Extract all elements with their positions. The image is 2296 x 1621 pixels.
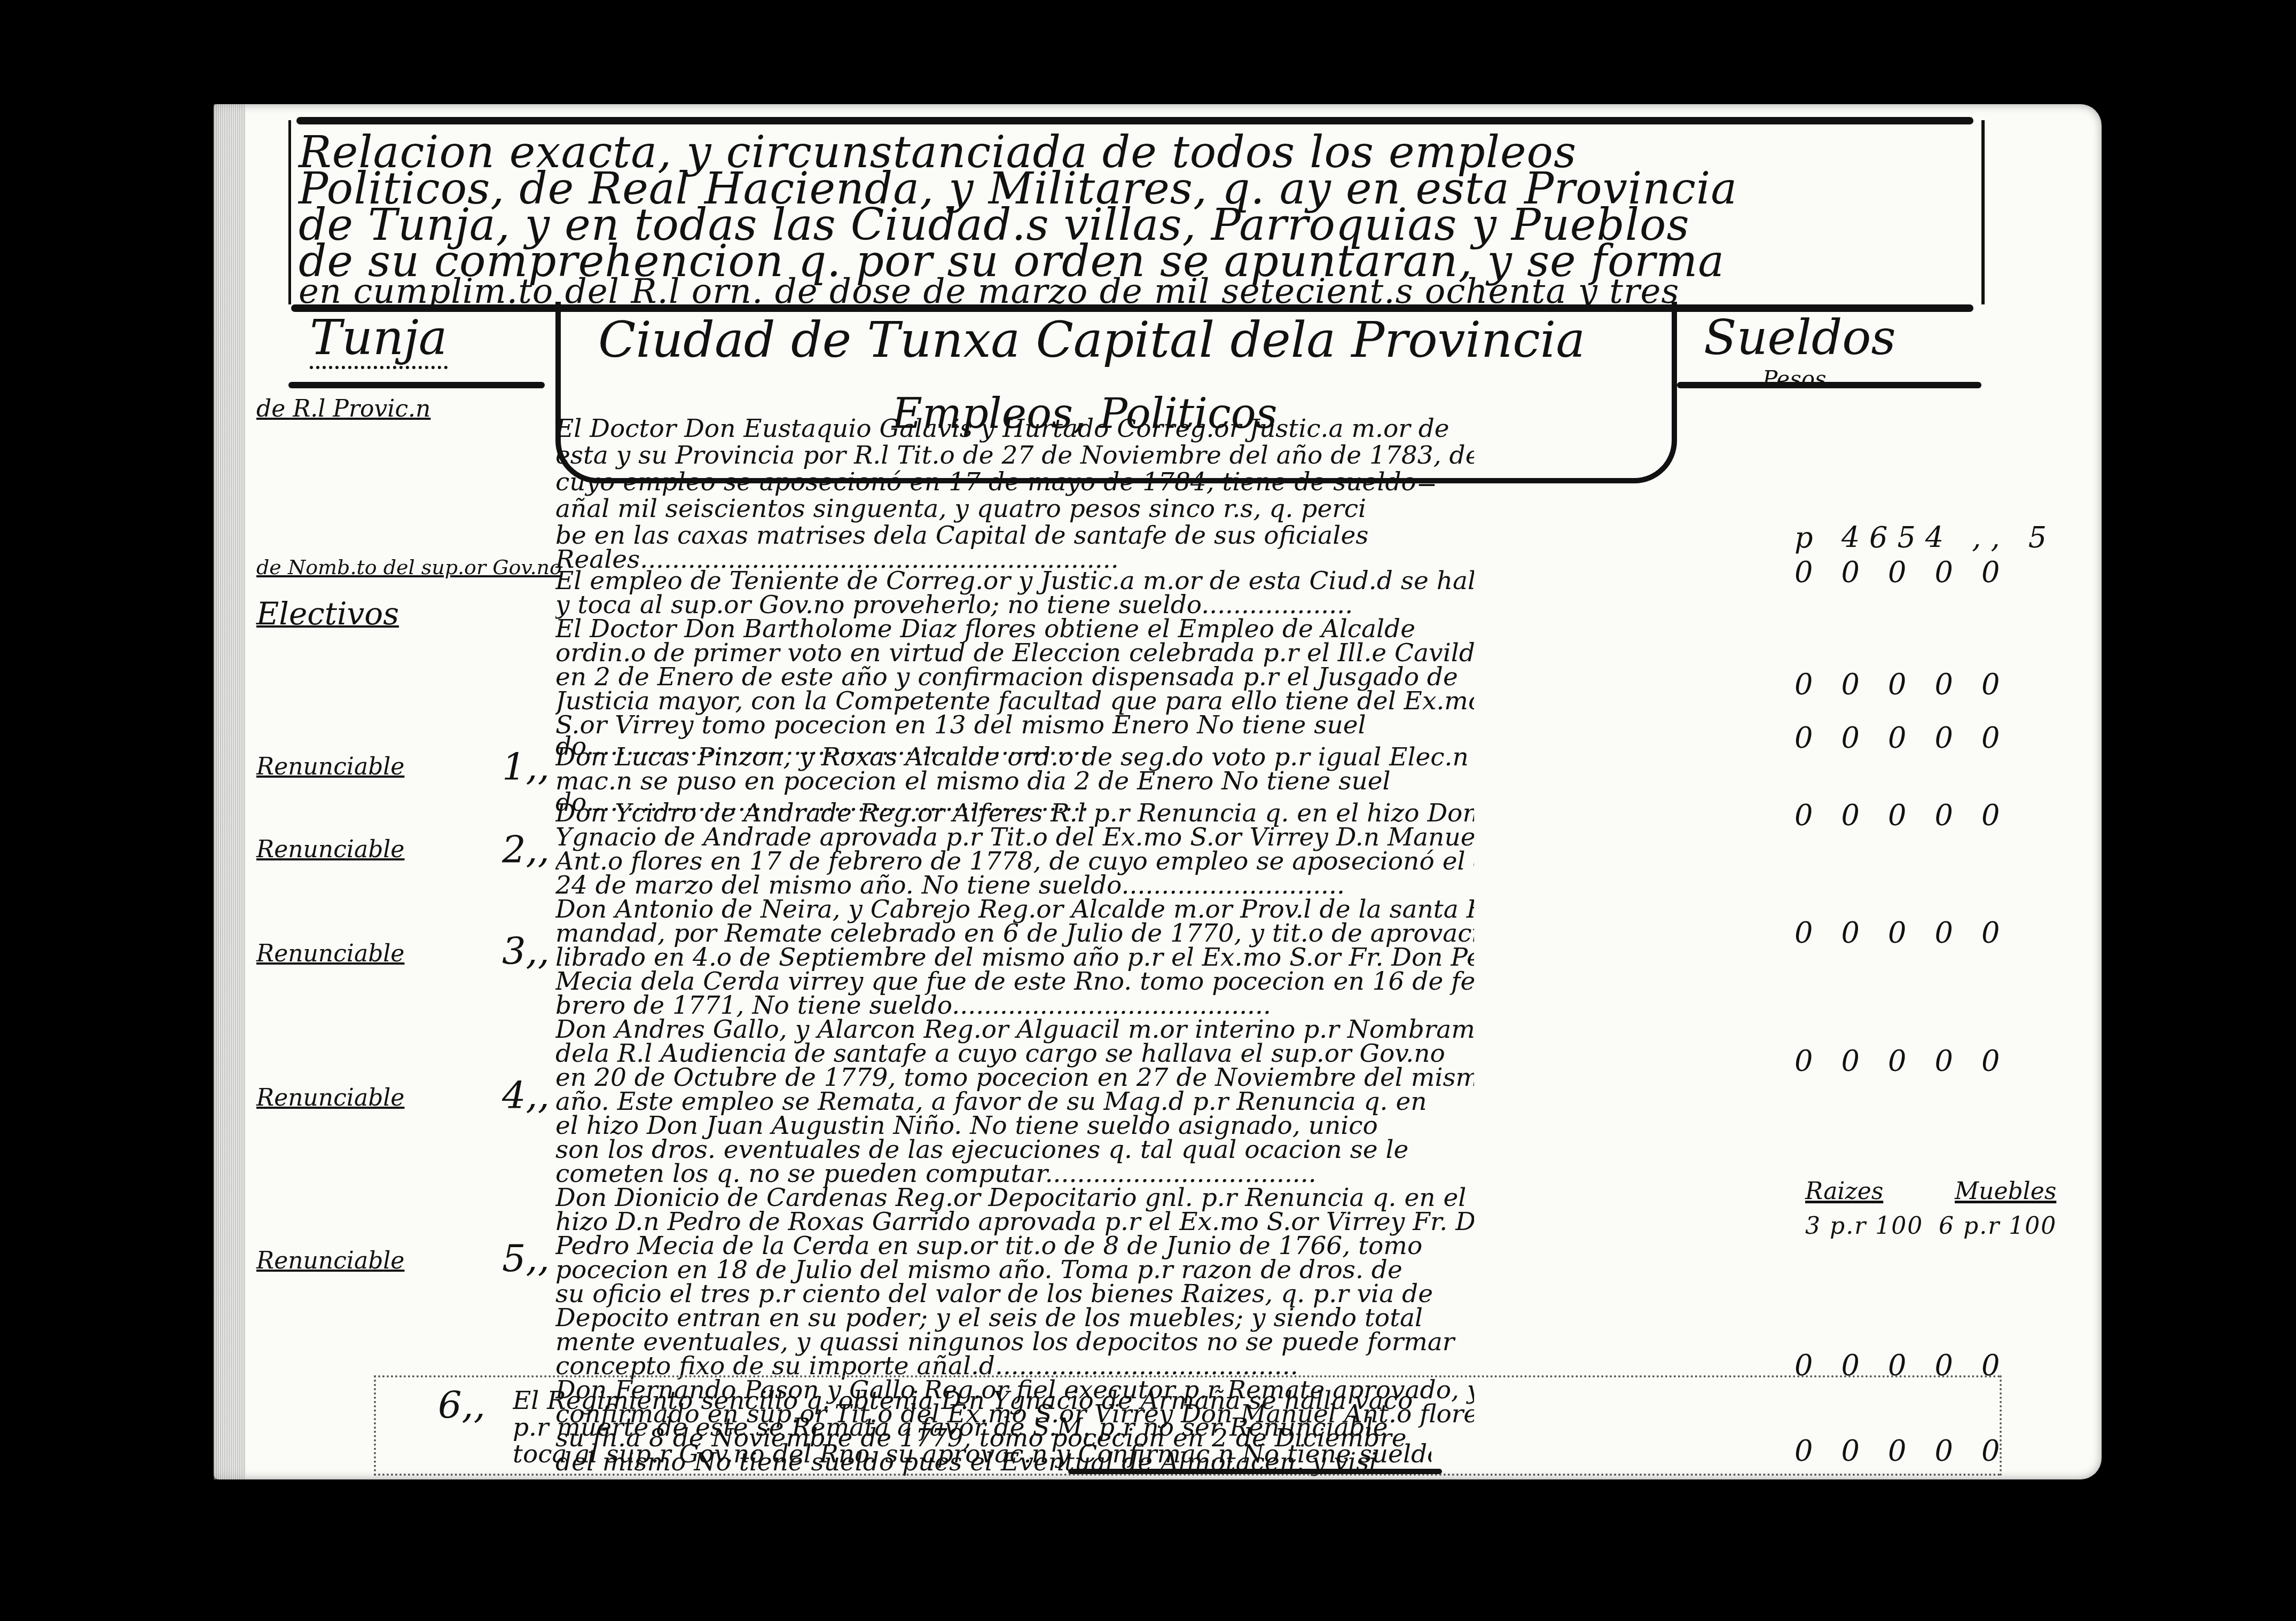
entry-number: 3,, [502,929,550,973]
salary-amount: 0 0 0 0 0 [1795,916,2009,950]
entry-line: toca al sup.r Gov.no del Rno. su aprovac… [513,1439,1431,1469]
salary-amount: 0 0 0 0 0 [1795,721,2009,755]
binding-gutter [214,104,246,1479]
entry-number: 4,, [502,1074,550,1117]
margin-note: Renunciable [256,940,404,967]
raizes-rate: 3 p.r 100 [1805,1212,1923,1240]
district-label: Tunja [310,310,448,366]
margin-note: de R.l Provic.n [256,395,430,422]
closing-flourish [1068,1469,1442,1474]
entry-number: 2,, [502,828,550,872]
entry-line: cuyo empleo se aposecionó en 17 de mayo … [555,467,1474,497]
margin-note: de Nomb.to del sup.or Gov.no [256,555,562,579]
salary-column-header: Sueldos [1704,310,1896,366]
margin-note: Renunciable [256,836,404,863]
title-block: Relacion exacta, y circunstanciada de to… [288,120,1985,304]
margin-note: Electivos [256,596,399,632]
banner-title: Ciudad de Tunxa Capital dela Provincia [598,311,1585,369]
entry-line: esta y su Provincia por R.l Tit.o de 27 … [555,441,1474,470]
salary-amount: 0 0 0 0 0 [1795,668,2009,701]
margin-note: Renunciable [256,1247,404,1274]
entry-number: 1,, [502,745,550,789]
top-rule [296,117,1973,124]
entry-line: p.r muerte de este se Remata a favor de … [513,1413,1431,1442]
header-right-rule [1677,382,1981,388]
entry-number: 6,, [438,1383,485,1427]
margin-note: Renunciable [256,753,404,780]
salary-amount: 0 0 0 0 0 [1795,798,2009,832]
entry-line: El Regimiento sencillo q. obtenia D.n Yg… [513,1386,1431,1415]
entry-line: El Doctor Don Eustaquio Galavis y Hurtad… [555,414,1474,443]
header-left-rule [288,382,545,388]
salary-amount: 0 0 0 0 0 [1795,1044,2009,1078]
entry-line: añal mil seiscientos singuenta, y quatro… [555,494,1474,523]
margin-note: Renunciable [256,1084,404,1111]
raizes-column-header: Raizes [1805,1178,1883,1205]
manuscript-page: Relacion exacta, y circunstanciada de to… [214,104,2102,1479]
salary-amount: 0 0 0 0 0 [1795,555,2009,589]
district-label-text: Tunja [310,310,448,369]
muebles-column-header: Muebles [1955,1178,2056,1205]
salary-amount: p 4654 ,, 5 [1795,521,2056,554]
muebles-rate: 6 p.r 100 [1939,1212,2057,1240]
salary-amount: 0 0 0 0 0 [1795,1434,2009,1468]
entry-number: 5,, [502,1236,550,1280]
